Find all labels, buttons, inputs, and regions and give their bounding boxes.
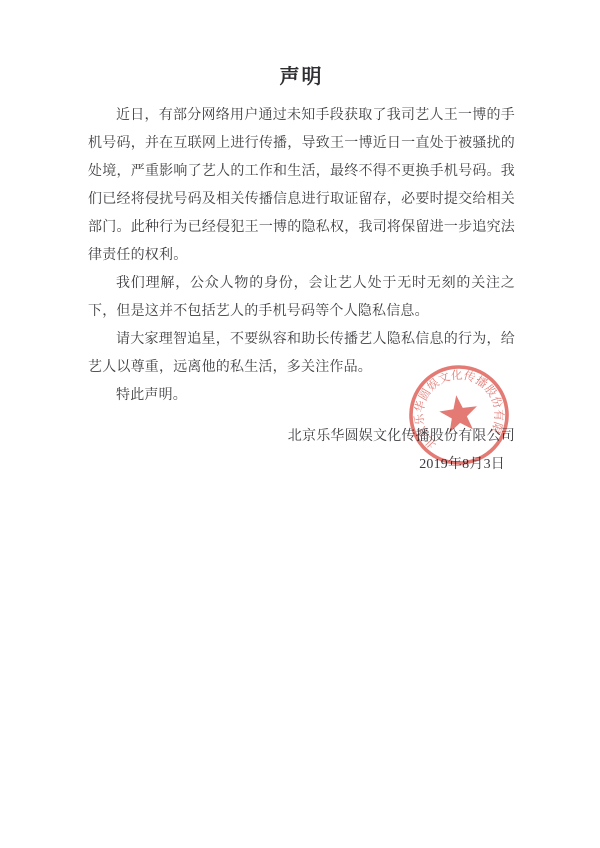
- paragraph-2: 我们理解，公众人物的身份，会让艺人处于无时无刻的关注之下，但是这并不包括艺人的手…: [88, 270, 515, 326]
- statement-body: 近日，有部分网络用户通过未知手段获取了我司艺人王一博的手机号码，并在互联网上进行…: [88, 102, 515, 410]
- statement-document: 声明 近日，有部分网络用户通过未知手段获取了我司艺人王一博的手机号码，并在互联网…: [0, 0, 600, 479]
- signature-block: 北京乐华圆娱文化传播股份有限公司 2019年8月3日: [88, 423, 515, 479]
- statement-document-page: 声明 近日，有部分网络用户通过未知手段获取了我司艺人王一博的手机号码，并在互联网…: [0, 0, 600, 848]
- signature-company-name: 北京乐华圆娱文化传播股份有限公司: [88, 423, 515, 451]
- page-title: 声明: [88, 64, 515, 90]
- signature-date: 2019年8月3日: [88, 451, 515, 479]
- paragraph-closing: 特此声明。: [88, 382, 515, 410]
- paragraph-3: 请大家理智追星，不要纵容和助长传播艺人隐私信息的行为，给艺人以尊重，远离他的私生…: [88, 326, 515, 382]
- paragraph-1: 近日，有部分网络用户通过未知手段获取了我司艺人王一博的手机号码，并在互联网上进行…: [88, 102, 515, 270]
